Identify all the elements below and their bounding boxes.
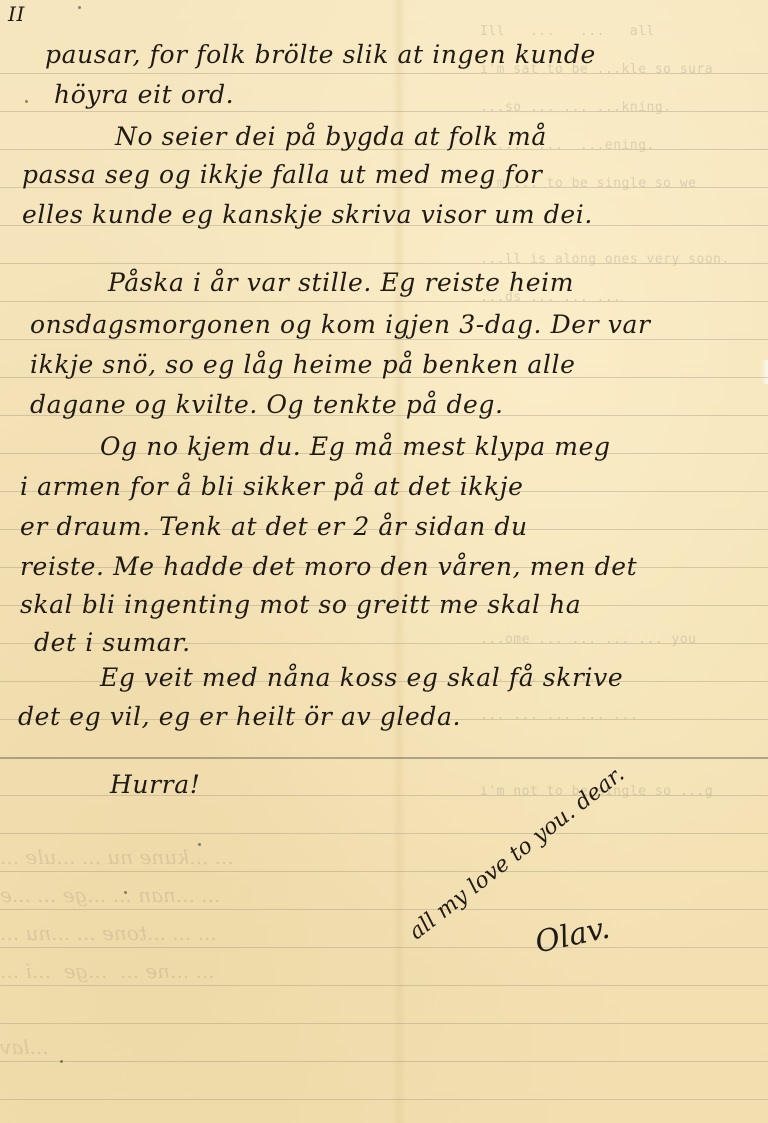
letter-line: Eg veit med nåna koss eg skal få skrive [100, 663, 623, 692]
letter-line: i armen for å bli sikker på at det ikkje [20, 472, 524, 501]
paper-tear [760, 360, 768, 384]
typed-bleed-line: Ill ... ... all [480, 24, 655, 39]
rule-line [0, 871, 768, 872]
rule-line [0, 833, 768, 834]
handwritten-bleed-line: ...lav [0, 1035, 49, 1059]
typed-bleed-line: ...so ... ... ...kning. [480, 100, 672, 115]
letter-line: ikkje snö, so eg låg heime på benken all… [30, 350, 575, 379]
paper-speck [78, 6, 81, 9]
handwritten-bleed-line: ... ...kune nu ... ...ule ... [0, 845, 234, 869]
rule-line [0, 985, 768, 986]
rule-line [0, 301, 768, 302]
rule-line [0, 339, 768, 340]
rule-line [0, 1061, 768, 1062]
handwritten-bleed-line: ... ... ...tone ... ...nu ... [0, 921, 217, 945]
letter-line: pausar, for folk brölte slik at ingen ku… [45, 40, 596, 69]
letter-line: onsdagsmorgonen og kom igjen 3-dag. Der … [30, 310, 651, 339]
letter-line: er draum. Tenk at det er 2 år sidan du [20, 512, 528, 541]
letter-line: dagane og kvilte. Og tenkte på deg. [30, 390, 504, 419]
rule-line [0, 1099, 768, 1100]
letter-line: höyra eit ord. [54, 80, 234, 109]
paper-speck [124, 891, 127, 894]
rule-line [0, 909, 768, 910]
paper-speck [60, 1060, 63, 1063]
letter-line: det i sumar. [34, 628, 191, 657]
rule-line [0, 947, 768, 948]
handwritten-bleed-line: ... ...ne ... ...ge ...i ... [0, 959, 215, 983]
letter-line: No seier dei på bygda at folk må [115, 122, 547, 151]
typed-bleed-line: ...ome ... ... ... ... you [480, 632, 697, 647]
paper-speck [198, 843, 201, 846]
letter-line: passa seg og ikkje falla ut med meg for [22, 160, 542, 189]
letter-page: Ill ... ... alli'm sat to be ...kle so s… [0, 0, 768, 1123]
paper-speck [25, 100, 28, 103]
handwritten-bleed-line: ... ...nan ... ...ge ... ...e [0, 883, 220, 907]
letter-line: Hurra! [110, 770, 200, 799]
typed-bleed-line: ...ll is along ones very soon. [480, 252, 730, 267]
signature: Olav. [532, 911, 613, 961]
letter-line: elles kunde eg kanskje skriva visor um d… [22, 200, 593, 229]
letter-line: skal bli ingenting mot so greitt me skal… [20, 590, 581, 619]
typed-bleed-line: ... ... ... ... ... [480, 708, 638, 723]
letter-line: Og no kjem du. Eg må mest klypa meg [100, 432, 611, 461]
rule-line [0, 757, 768, 759]
letter-line: reiste. Me hadde det moro den våren, men… [20, 552, 637, 581]
page-number: II [8, 2, 25, 26]
letter-line: Påska i år var stille. Eg reiste heim [108, 268, 574, 297]
letter-line: det eg vil, eg er heilt ör av gleda. [18, 702, 461, 731]
rule-line [0, 1023, 768, 1024]
